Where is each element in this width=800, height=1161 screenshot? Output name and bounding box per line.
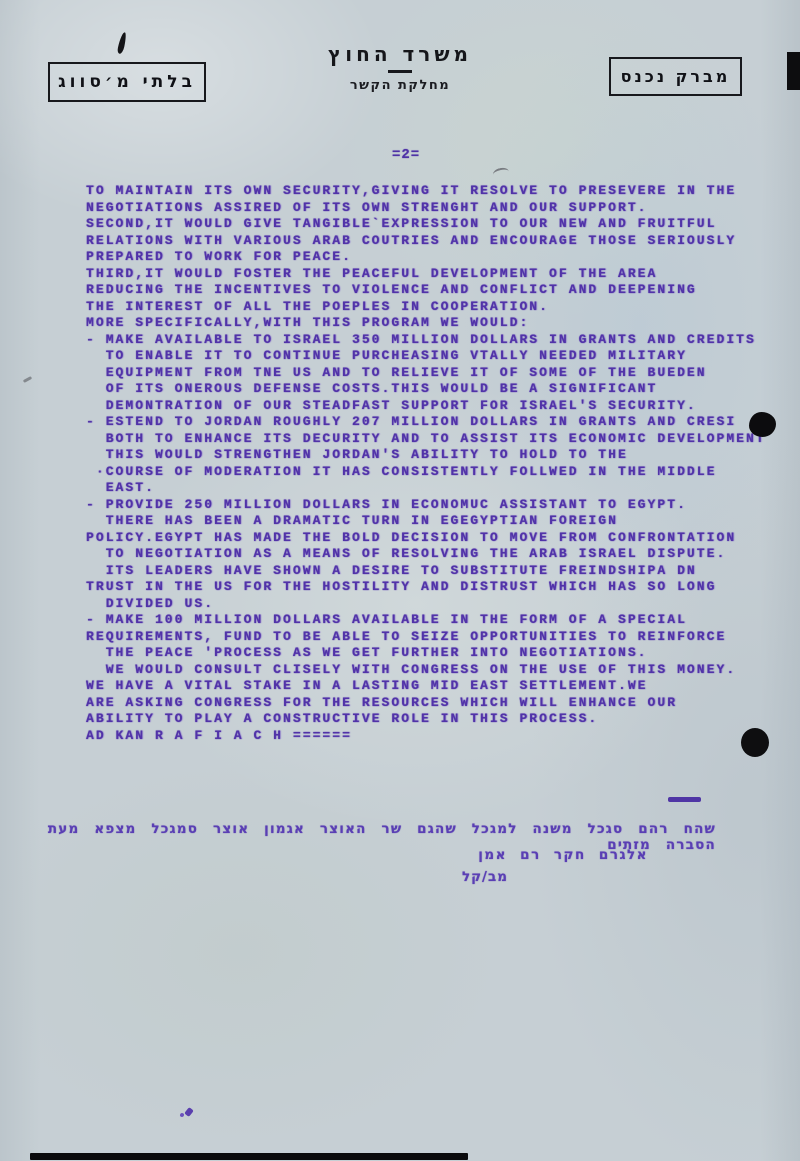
page-number: =2= <box>392 147 420 163</box>
classification-stamp-box: בלתי מ׳סווג <box>48 62 206 102</box>
telegram-body-text: TO MAINTAIN ITS OWN SECURITY,GIVING IT R… <box>86 183 766 744</box>
telegram-type-label: מברק נכנס <box>621 67 731 86</box>
footer-separator-dash <box>668 797 701 802</box>
ink-blot-right-1 <box>749 412 776 437</box>
initials-line: מב/קל <box>462 869 508 885</box>
classification-label: בלתי מ׳סווג <box>58 72 196 92</box>
telegram-type-stamp-box: מברק נכנס <box>609 57 742 96</box>
ink-squiggle-mark <box>492 166 510 179</box>
scanned-telegram-page: משרד החוץ מחלקת הקשר בלתי מ׳סווג מברק נכ… <box>0 0 800 1161</box>
ink-mark-bottom-a <box>184 1107 194 1117</box>
routing-line: אלגרם חקר רם אמן <box>478 847 648 863</box>
margin-mark <box>23 376 32 383</box>
scan-edge-artifact-top-right <box>787 52 800 90</box>
title-divider-rule <box>388 70 412 73</box>
scan-edge-artifact-bottom <box>30 1153 468 1160</box>
hole-punch-dot <box>741 728 769 757</box>
ink-mark-bottom-b <box>179 1112 184 1117</box>
